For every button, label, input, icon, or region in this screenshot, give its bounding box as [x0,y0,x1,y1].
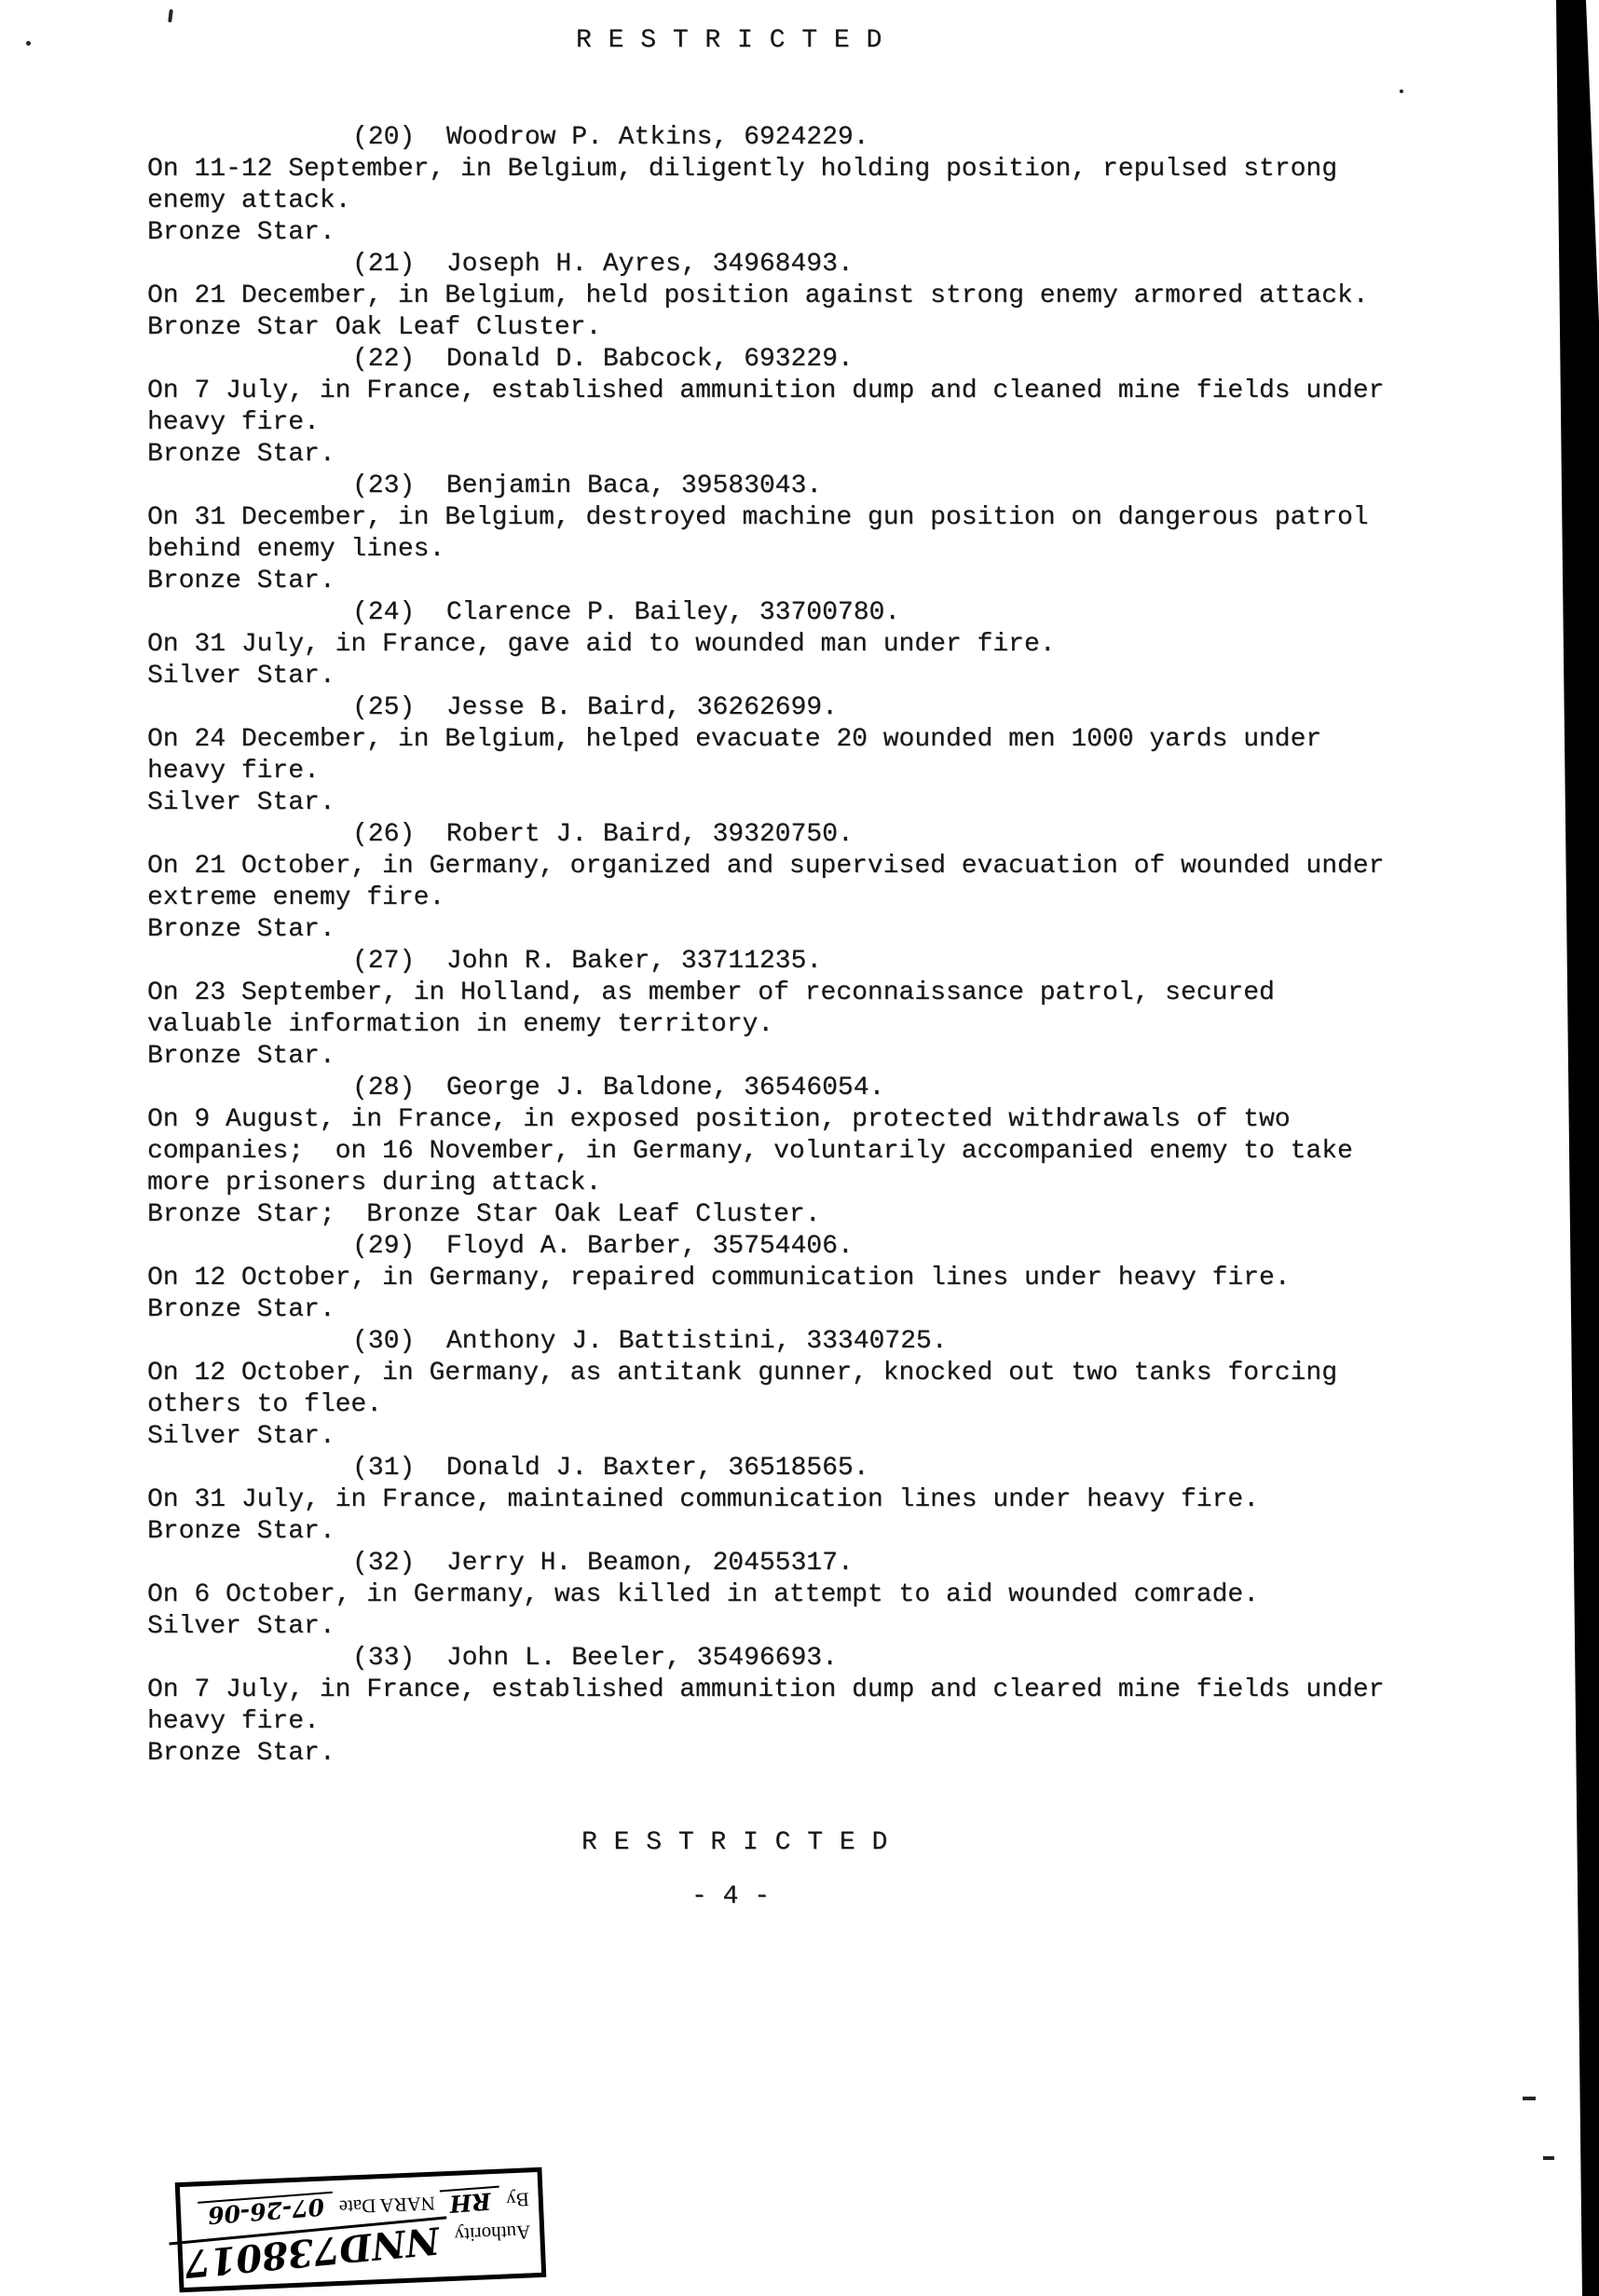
scan-speck [1523,2097,1536,2100]
citation-line: On 12 October, in Germany, repaired comm… [147,1263,1470,1294]
scan-speck [26,41,31,46]
award-line: Silver Star. [147,661,1470,692]
citation-line: heavy fire. [147,1706,1470,1738]
entry-heading: (24) Clarence P. Bailey, 33700780. [147,597,1470,629]
stamp-authority-label: Authority [454,2220,531,2246]
citation-line: On 11-12 September, in Belgium, diligent… [147,154,1470,185]
document-page: R E S T R I C T E D (20) Woodrow P. Atki… [0,0,1599,2296]
scan-edge-shadow [1554,0,1599,2296]
declassification-stamp: Authority NND738017 By RH NARA Date 07-2… [175,2167,547,2292]
stamp-by-value: RH [440,2186,501,2218]
stamp-date-label: NARA Date [338,2192,435,2219]
citation-line: enemy attack. [147,185,1470,217]
entry-heading: (20) Woodrow P. Atkins, 6924229. [147,122,1470,154]
classification-footer: R E S T R I C T E D [581,1828,888,1857]
stamp-by-label: By [506,2188,530,2212]
entry-heading: (30) Anthony J. Battistini, 33340725. [147,1326,1470,1358]
citation-line: valuable information in enemy territory. [147,1009,1470,1041]
entry-heading: (32) Jerry H. Beamon, 20455317. [147,1548,1470,1579]
citation-line: On 7 July, in France, established ammuni… [147,1674,1470,1706]
award-line: Bronze Star. [147,439,1470,471]
entry-heading: (27) John R. Baker, 33711235. [147,946,1470,977]
award-line: Bronze Star. [147,1738,1470,1770]
citation-line: On 21 October, in Germany, organized and… [147,851,1470,882]
citation-line: On 31 July, in France, gave aid to wound… [147,629,1470,661]
scan-speck [1543,2156,1554,2160]
entry-heading: (25) Jesse B. Baird, 36262699. [147,692,1470,724]
classification-header: R E S T R I C T E D [576,26,882,55]
citation-line: others to flee. [147,1389,1470,1421]
scan-speck [168,9,173,22]
entry-heading: (22) Donald D. Babcock, 693229. [147,344,1470,376]
citation-line: On 31 July, in France, maintained commun… [147,1484,1470,1516]
award-line: Bronze Star. [147,914,1470,946]
citation-line: heavy fire. [147,407,1470,439]
citation-line: On 6 October, in Germany, was killed in … [147,1579,1470,1611]
entry-heading: (29) Floyd A. Barber, 35754406. [147,1231,1470,1263]
award-line: Bronze Star. [147,1516,1470,1548]
award-line: Bronze Star. [147,1294,1470,1326]
award-line: Bronze Star. [147,566,1470,597]
citation-line: On 21 December, in Belgium, held positio… [147,280,1470,312]
citation-line: companies; on 16 November, in Germany, v… [147,1136,1470,1168]
award-line: Silver Star. [147,1421,1470,1453]
stamp-content: Authority NND738017 By RH NARA Date 07-2… [180,2172,541,2288]
citation-line: On 31 December, in Belgium, destroyed ma… [147,502,1470,534]
scan-speck [1400,89,1403,93]
award-line: Silver Star. [147,1611,1470,1643]
award-line: Bronze Star. [147,1041,1470,1073]
award-line: Silver Star. [147,787,1470,819]
citation-list: (20) Woodrow P. Atkins, 6924229.On 11-12… [147,122,1470,1770]
entry-heading: (31) Donald J. Baxter, 36518565. [147,1453,1470,1484]
entry-heading: (28) George J. Baldone, 36546054. [147,1073,1470,1104]
entry-heading: (26) Robert J. Baird, 39320750. [147,819,1470,851]
citation-line: On 9 August, in France, in exposed posit… [147,1104,1470,1136]
award-line: Bronze Star Oak Leaf Cluster. [147,312,1470,344]
entry-heading: (33) John L. Beeler, 35496693. [147,1643,1470,1674]
award-line: Bronze Star. [147,217,1470,249]
citation-line: extreme enemy fire. [147,882,1470,914]
page-number: - 4 - [691,1882,770,1911]
citation-line: On 24 December, in Belgium, helped evacu… [147,724,1470,756]
award-line: Bronze Star; Bronze Star Oak Leaf Cluste… [147,1199,1470,1231]
citation-line: On 7 July, in France, established ammuni… [147,376,1470,407]
citation-line: more prisoners during attack. [147,1168,1470,1199]
stamp-date-value: 07-26-06 [198,2192,335,2229]
citation-line: heavy fire. [147,756,1470,787]
citation-line: On 12 October, in Germany, as antitank g… [147,1358,1470,1389]
citation-line: behind enemy lines. [147,534,1470,566]
entry-heading: (21) Joseph H. Ayres, 34968493. [147,249,1470,280]
citation-line: On 23 September, in Holland, as member o… [147,977,1470,1009]
entry-heading: (23) Benjamin Baca, 39583043. [147,471,1470,502]
